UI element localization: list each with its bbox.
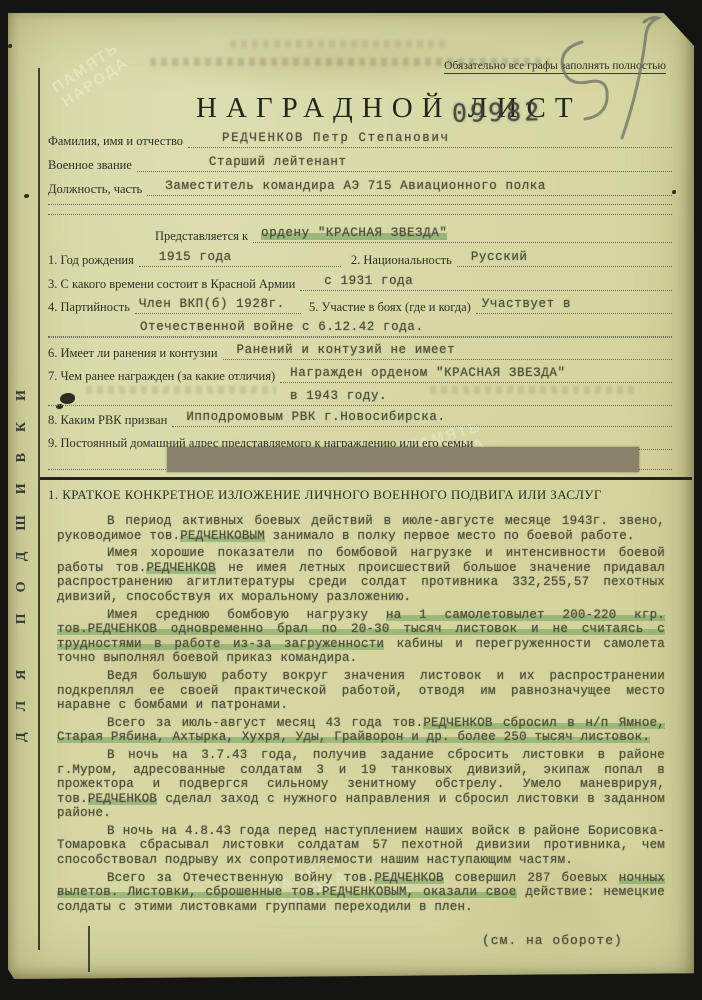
field-birth-nationality: 1. Год рождения 1915 года 2. Национально… — [48, 250, 672, 267]
section-divider-line — [40, 477, 692, 480]
field-nationality-label: 2. Национальность — [341, 253, 457, 267]
field-position-label: Должность, часть — [48, 182, 147, 196]
field-rvk-value: Ипподромовым РВК г.Новосибирска. — [172, 410, 672, 427]
field-rank: Военное звание Старший лейтенант — [48, 155, 672, 172]
field-birth-value: 1915 года — [139, 250, 341, 267]
redacted-address-bar — [167, 447, 639, 472]
field-party-value: Член ВКП(б) 1928г. — [135, 297, 301, 314]
exploit-paragraph: В ночь на 4.8.43 года перед наступлением… — [57, 824, 665, 868]
exploit-paragraph: Всего за июль-август месяц 43 года тов.Р… — [57, 716, 665, 745]
exploit-paragraph: Имея хорошие показатели по бомбовой нагр… — [57, 546, 665, 604]
exploit-paragraph: Всего за Отечественную войну тов.РЕДЧЕНК… — [57, 871, 665, 915]
ink-speck — [24, 194, 29, 198]
field-presented: Представляется к ордену "КРАСНАЯ ЗВЕЗДА" — [155, 226, 672, 243]
stamp-number: 09982 — [452, 97, 543, 128]
exploit-paragraph: Имея среднюю бомбовую нагрузку на 1 само… — [57, 608, 665, 666]
typed-text: Имея среднюю бомбовую нагрузку — [107, 608, 386, 622]
highlighted-text: РЕДЧЕНКОВ — [88, 792, 157, 806]
field-service-label: 3. С какого времени состоит в Красной Ар… — [48, 277, 300, 291]
field-service-since: 3. С какого времени состоит в Красной Ар… — [48, 274, 672, 291]
typed-text: совершил 287 боевых — [444, 871, 619, 885]
highlighted-text: РЕДЧЕНКОВЫМ — [180, 529, 265, 543]
typed-text: Всего за Отечественную войну тов. — [107, 871, 374, 885]
field-name-value: РЕДЧЕНКОВ Петр Степанович — [188, 131, 672, 148]
highlighted-text: РЕДЧЕНКОВ — [146, 561, 215, 575]
typed-text: Ведя большую работу вокруг значения лист… — [57, 669, 665, 712]
field-rank-label: Военное звание — [48, 158, 137, 172]
typed-text: Всего за июль-август месяц 43 года тов. — [107, 716, 423, 730]
field-battles-label: 5. Участие в боях (где и когда) — [301, 300, 476, 314]
dotted-line — [48, 405, 672, 406]
typed-text: занимало в полку первое место по боевой … — [265, 529, 635, 543]
see-reverse-note: (см. на обороте) — [482, 933, 623, 948]
field-prev-awards: 7. Чем ранее награжден (за какие отличия… — [48, 366, 672, 383]
field-battles-line2: Отечественной войне с 6.12.42 года. — [48, 320, 672, 337]
field-name: Фамилия, имя и отчество РЕДЧЕНКОВ Петр С… — [48, 131, 672, 148]
field-nationality-value: Русский — [457, 250, 672, 267]
field-wounds-value: Ранений и контузий не имеет — [223, 343, 672, 360]
field-rvk: 8. Каким РВК призван Ипподромовым РВК г.… — [48, 410, 672, 427]
exploit-paragraph: В период активных боевых действий в июле… — [57, 514, 665, 543]
section-title: 1. КРАТКОЕ КОНКРЕТНОЕ ИЗЛОЖЕНИЕ ЛИЧНОГО … — [48, 487, 678, 503]
dotted-line — [48, 204, 672, 205]
field-prev-awards-value-line2: в 1943 году. — [48, 389, 672, 406]
field-presented-label: Представляется к — [155, 229, 253, 243]
field-rvk-label: 8. Каким РВК призван — [48, 413, 172, 427]
field-prev-awards-label: 7. Чем ранее награжден (за какие отличия… — [48, 369, 280, 383]
binding-margin-line-fragment — [88, 926, 90, 972]
exploit-paragraph: Ведя большую работу вокруг значения лист… — [57, 669, 665, 713]
dotted-line — [48, 337, 672, 338]
field-birth-label: 1. Год рождения — [48, 253, 139, 267]
fill-all-fields-note: Обязательно все графы заполнять полность… — [444, 60, 666, 74]
ink-speck — [672, 190, 676, 194]
field-name-label: Фамилия, имя и отчество — [48, 134, 188, 148]
field-position-value: Заместитель командира АЭ 715 Авиационног… — [147, 179, 672, 196]
field-prev-awards-value: Награжден орденом "КРАСНАЯ ЗВЕЗДА" — [280, 366, 672, 383]
field-rank-value: Старший лейтенант — [137, 155, 672, 172]
ink-speck — [8, 44, 12, 48]
field-battles-value: Участвует в — [476, 297, 672, 314]
highlighted-text: РЕДЧЕНКОВ — [374, 871, 443, 885]
field-wounds-label: 6. Имеет ли ранения и контузии — [48, 346, 223, 360]
field-prev-awards-line2: в 1943 году. — [48, 389, 672, 406]
exploit-description: В период активных боевых действий в июле… — [57, 514, 665, 917]
binding-margin-text: ДЛЯ ПОДШИВКИ — [14, 262, 32, 742]
bleedthrough-text — [230, 40, 450, 48]
field-party-battles: 4. Партийность Член ВКП(б) 1928г. 5. Уча… — [48, 297, 672, 314]
dotted-line — [48, 214, 672, 215]
typed-text: В ночь на 4.8.43 года перед наступлением… — [57, 824, 665, 867]
exploit-paragraph: В ночь на 3.7.43 года, получив задание с… — [57, 748, 665, 821]
field-presented-value: ордену "КРАСНАЯ ЗВЕЗДА" — [253, 226, 672, 243]
binding-margin-line — [38, 68, 40, 950]
field-party-label: 4. Партийность — [48, 300, 135, 314]
field-wounds: 6. Имеет ли ранения и контузии Ранений и… — [48, 343, 672, 360]
field-position: Должность, часть Заместитель командира А… — [48, 179, 672, 196]
field-service-value: с 1931 года — [300, 274, 672, 291]
title-row: НАГРАДНОЙ ЛИСТ 09982 — [0, 92, 702, 132]
field-battles-value-line2: Отечественной войне с 6.12.42 года. — [48, 320, 672, 337]
scanned-award-sheet: { "document": { "fill_note": "Обязательн… — [0, 0, 702, 1000]
